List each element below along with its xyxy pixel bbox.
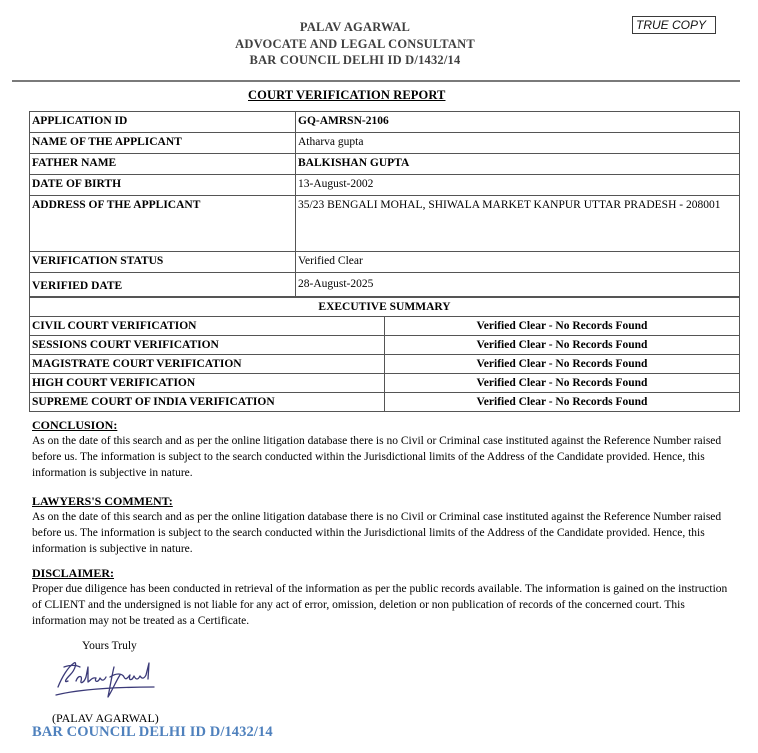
- check-result: Verified Clear - No Records Found: [385, 374, 740, 393]
- value-father-name: BALKISHAN GUPTA: [296, 154, 740, 175]
- table-row: SESSIONS COURT VERIFICATION Verified Cle…: [30, 336, 740, 355]
- check-label: SESSIONS COURT VERIFICATION: [30, 336, 385, 355]
- lawyers-comment-text: As on the date of this search and as per…: [32, 509, 732, 557]
- signature-icon: [50, 657, 160, 710]
- check-result: Verified Clear - No Records Found: [385, 317, 740, 336]
- check-label: HIGH COURT VERIFICATION: [30, 374, 385, 393]
- executive-summary-table: EXECUTIVE SUMMARY CIVIL COURT VERIFICATI…: [29, 297, 740, 412]
- check-label: CIVIL COURT VERIFICATION: [30, 317, 385, 336]
- disclaimer-section: DISCLAIMER: Proper due diligence has bee…: [32, 566, 732, 629]
- value-applicant-name: Atharva gupta: [296, 133, 740, 154]
- table-row: DATE OF BIRTH 13-August-2002: [30, 175, 740, 196]
- signatory-bar-id: BAR COUNCIL DELHI ID D/1432/14: [32, 724, 273, 741]
- lawyers-comment-section: LAWYERS'S COMMENT: As on the date of thi…: [32, 494, 732, 557]
- disclaimer-text: Proper due diligence has been conducted …: [32, 581, 732, 629]
- value-date-of-birth: 13-August-2002: [296, 175, 740, 196]
- value-application-id: GQ-AMRSN-2106: [296, 112, 740, 133]
- table-row: HIGH COURT VERIFICATION Verified Clear -…: [30, 374, 740, 393]
- letterhead-bar-id: BAR COUNCIL DELHI ID D/1432/14: [200, 52, 510, 69]
- check-result: Verified Clear - No Records Found: [385, 336, 740, 355]
- conclusion-heading: CONCLUSION:: [32, 418, 732, 433]
- table-row: CIVIL COURT VERIFICATION Verified Clear …: [30, 317, 740, 336]
- applicant-details-table: APPLICATION ID GQ-AMRSN-2106 NAME OF THE…: [29, 111, 740, 297]
- table-row: FATHER NAME BALKISHAN GUPTA: [30, 154, 740, 175]
- table-row: ADDRESS OF THE APPLICANT 35/23 BENGALI M…: [30, 196, 740, 252]
- label-date-of-birth: DATE OF BIRTH: [30, 175, 296, 196]
- check-result: Verified Clear - No Records Found: [385, 355, 740, 374]
- disclaimer-heading: DISCLAIMER:: [32, 566, 732, 581]
- label-applicant-name: NAME OF THE APPLICANT: [30, 133, 296, 154]
- label-application-id: APPLICATION ID: [30, 112, 296, 133]
- label-verification-status: VERIFICATION STATUS: [30, 252, 296, 273]
- value-address: 35/23 BENGALI MOHAL, SHIWALA MARKET KANP…: [296, 196, 740, 252]
- table-row: MAGISTRATE COURT VERIFICATION Verified C…: [30, 355, 740, 374]
- table-row: NAME OF THE APPLICANT Atharva gupta: [30, 133, 740, 154]
- true-copy-stamp: TRUE COPY: [632, 16, 716, 34]
- letterhead-designation: ADVOCATE AND LEGAL CONSULTANT: [200, 36, 510, 53]
- check-label: MAGISTRATE COURT VERIFICATION: [30, 355, 385, 374]
- closing-text: Yours Truly: [82, 640, 137, 652]
- label-address: ADDRESS OF THE APPLICANT: [30, 196, 296, 252]
- header-divider: [12, 80, 740, 82]
- label-verified-date: VERIFIED DATE: [30, 273, 296, 297]
- table-row: VERIFICATION STATUS Verified Clear: [30, 252, 740, 273]
- table-row: SUPREME COURT OF INDIA VERIFICATION Veri…: [30, 393, 740, 412]
- letterhead-name: PALAV AGARWAL: [200, 19, 510, 36]
- check-result: Verified Clear - No Records Found: [385, 393, 740, 412]
- table-row: APPLICATION ID GQ-AMRSN-2106: [30, 112, 740, 133]
- letterhead: PALAV AGARWAL ADVOCATE AND LEGAL CONSULT…: [200, 19, 510, 69]
- report-title: COURT VERIFICATION REPORT: [248, 88, 445, 103]
- table-row: VERIFIED DATE 28-August-2025: [30, 273, 740, 297]
- table-header-row: EXECUTIVE SUMMARY: [30, 298, 740, 317]
- value-verified-date: 28-August-2025: [296, 273, 740, 297]
- lawyers-comment-heading: LAWYERS'S COMMENT:: [32, 494, 732, 509]
- value-verification-status: Verified Clear: [296, 252, 740, 273]
- conclusion-text: As on the date of this search and as per…: [32, 433, 732, 481]
- conclusion-section: CONCLUSION: As on the date of this searc…: [32, 418, 732, 481]
- check-label: SUPREME COURT OF INDIA VERIFICATION: [30, 393, 385, 412]
- executive-summary-title: EXECUTIVE SUMMARY: [30, 298, 740, 317]
- label-father-name: FATHER NAME: [30, 154, 296, 175]
